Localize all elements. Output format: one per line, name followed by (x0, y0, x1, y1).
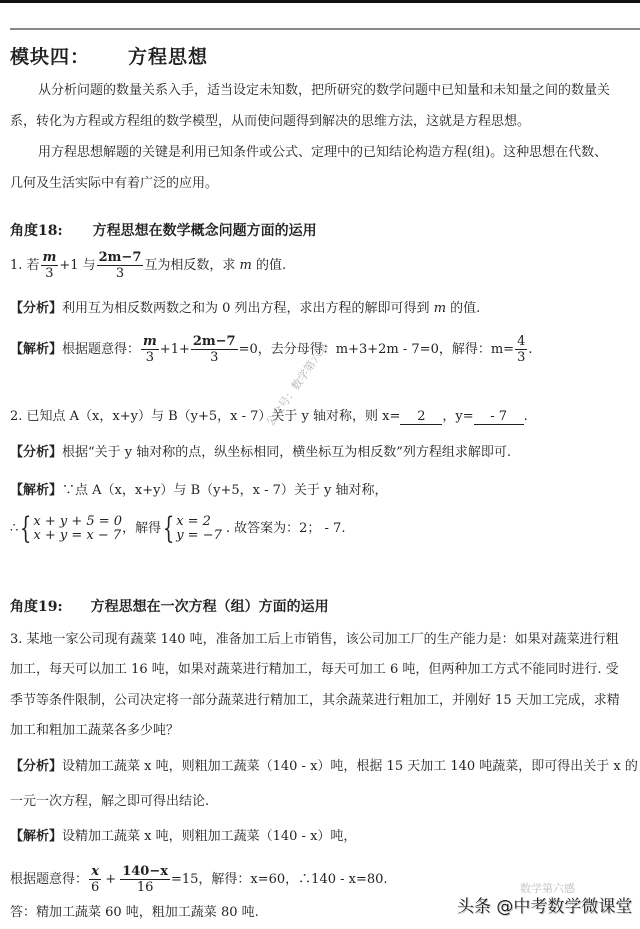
module-title: 方程思想 (128, 46, 208, 68)
text: 2. 已知点 A（x，x+y）与 B（y+5，x - 7）关于 y 轴对称，则 … (10, 409, 400, 424)
answer-blank-x: 2 (400, 410, 442, 425)
therefore-symbol: ∴ (10, 522, 18, 536)
fraction: m3 (41, 250, 59, 281)
q2-system: ∴ { x + y + 5 = 0x + y = x − 7 ，解得 { x =… (10, 514, 345, 544)
q3-solution: 【解析】设精加工蔬菜 x 吨，则粗加工蔬菜（140 - x）吨， (10, 830, 356, 844)
text: ，解得 (122, 522, 161, 536)
brand-watermark: 头条 @中考数学微课堂 (457, 892, 632, 917)
q3-line1: 3. 某地一家公司现有蔬菜 140 吨，准备加工后上市销售，该公司加工厂的生产能… (10, 633, 619, 647)
section-heading-19: 角度19:方程思想在一次方程（组）方面的运用 (10, 596, 329, 616)
question-number: 1. (10, 259, 22, 273)
section-heading-18: 角度18:方程思想在数学概念问题方面的运用 (10, 220, 317, 240)
text: 根据题意得： (10, 873, 88, 887)
solution-system: { x = 2y = −7 (161, 514, 222, 544)
intro-p2-line2: 几何及生活实际中有着广泛的应用。 (10, 177, 218, 191)
variable: m (434, 301, 446, 316)
q3-analysis: 【分析】设精加工蔬菜 x 吨，则粗加工蔬菜（140 - x）吨，根据 15 天加… (10, 760, 638, 774)
solution-tag: 【解析】 (10, 483, 62, 498)
q3-line3: 季节等条件限制，公司决定将一部分蔬菜进行精加工，其余蔬菜进行粗加工，并刚好 15… (10, 694, 620, 708)
text: 的值. (256, 259, 286, 273)
equation-system: { x + y + 5 = 0x + y = x − 7 (18, 514, 122, 544)
q3-line4: 加工和粗加工蔬菜各多少吨？ (10, 724, 179, 738)
section-label: 角度18: (10, 223, 63, 239)
text: 若 (27, 259, 40, 273)
variable: m (240, 259, 252, 273)
analysis-tag: 【分析】 (10, 445, 62, 460)
fraction: 140−x16 (120, 864, 170, 895)
intro-p1-line1: 从分析问题的数量关系入手，适当设定未知数，把所研究的数学问题中已知量和未知量之间… (38, 84, 610, 98)
fraction: 2m−73 (191, 334, 238, 365)
intro-p1-line2: 系，转化为方程或方程组的数学模型，从而使问题得到解决的思维方法，这就是方程思想。 (10, 115, 530, 129)
q2-analysis: 【分析】根据“关于 y 轴对称的点，纵坐标相同，横坐标互为相反数”列方程组求解即… (10, 446, 511, 460)
q2-solution: 【解析】∵点 A（x，x+y）与 B（y+5，x - 7）关于 y 轴对称， (10, 484, 388, 498)
fraction: 43 (515, 334, 527, 365)
q3-line2: 加工，每天可以加工 16 吨，如果对蔬菜进行精加工，每天可加工 6 吨，但两种加… (10, 663, 619, 677)
text: 设精加工蔬菜 x 吨，则粗加工蔬菜（140 - x）吨，根据 15 天加工 14… (62, 759, 638, 774)
text: . (524, 409, 528, 424)
text: . 故答案为：2； - 7. (226, 522, 346, 536)
text: 根据题意得： (62, 343, 140, 357)
text: 设精加工蔬菜 x 吨，则粗加工蔬菜（140 - x）吨， (62, 829, 356, 844)
text: 的值. (450, 301, 480, 316)
text: +1+ (160, 343, 190, 357)
solution-tag: 【解析】 (10, 343, 62, 357)
q1-analysis: 【分析】利用互为相反数两数之和为 0 列出方程，求出方程的解即可得到 m 的值. (10, 302, 480, 316)
q1-solution: 【解析】 根据题意得： m3 +1+ 2m−73 =0，去分母得：m+3+2m … (10, 334, 533, 365)
section-label: 角度19: (10, 599, 63, 615)
solution-tag: 【解析】 (10, 829, 62, 844)
text: =15，解得：x=60，∴140 - x=80. (171, 873, 388, 887)
section-title: 方程思想在数学概念问题方面的运用 (93, 223, 317, 239)
section-title: 方程思想在一次方程（组）方面的运用 (91, 599, 329, 615)
text: =0，去分母得：m+3+2m - 7=0，解得：m= (239, 343, 514, 357)
text: . (528, 343, 532, 357)
intro-p2-line1: 用方程思想解题的关键是利用已知条件或公式、定理中的已知结论构造方程(组)。这种思… (38, 146, 607, 160)
q3-answer: 答：精加工蔬菜 60 吨，粗加工蔬菜 80 吨. (10, 906, 259, 920)
analysis-tag: 【分析】 (10, 759, 62, 774)
answer-blank-y: - 7 (474, 410, 524, 425)
text: ∵点 A（x，x+y）与 B（y+5，x - 7）关于 y 轴对称， (62, 483, 387, 498)
module-label: 模块四： (10, 46, 90, 68)
analysis-tag: 【分析】 (10, 301, 62, 316)
text: + (105, 873, 116, 887)
text: 利用互为相反数两数之和为 0 列出方程，求出方程的解即可得到 (62, 301, 430, 316)
question-1: 1. 若 m3 +1 与 2m−73 互为相反数，求 m 的值. (10, 250, 286, 281)
fraction: x6 (89, 864, 101, 895)
fraction: m3 (141, 334, 159, 365)
text: +1 与 (59, 259, 95, 273)
top-border (0, 0, 640, 3)
fraction: 2m−73 (97, 250, 144, 281)
text: 互为相反数，求 (144, 259, 235, 273)
header-rule (10, 28, 640, 30)
text: 根据“关于 y 轴对称的点，纵坐标相同，横坐标互为相反数”列方程组求解即可. (62, 445, 511, 460)
q3-analysis-line2: 一元一次方程，解之即可得出结论. (10, 795, 209, 809)
text: ，y= (442, 409, 473, 424)
module-heading: 模块四：方程思想 (10, 42, 208, 69)
q3-equation: 根据题意得： x6 + 140−x16 =15，解得：x=60，∴140 - x… (10, 864, 388, 895)
